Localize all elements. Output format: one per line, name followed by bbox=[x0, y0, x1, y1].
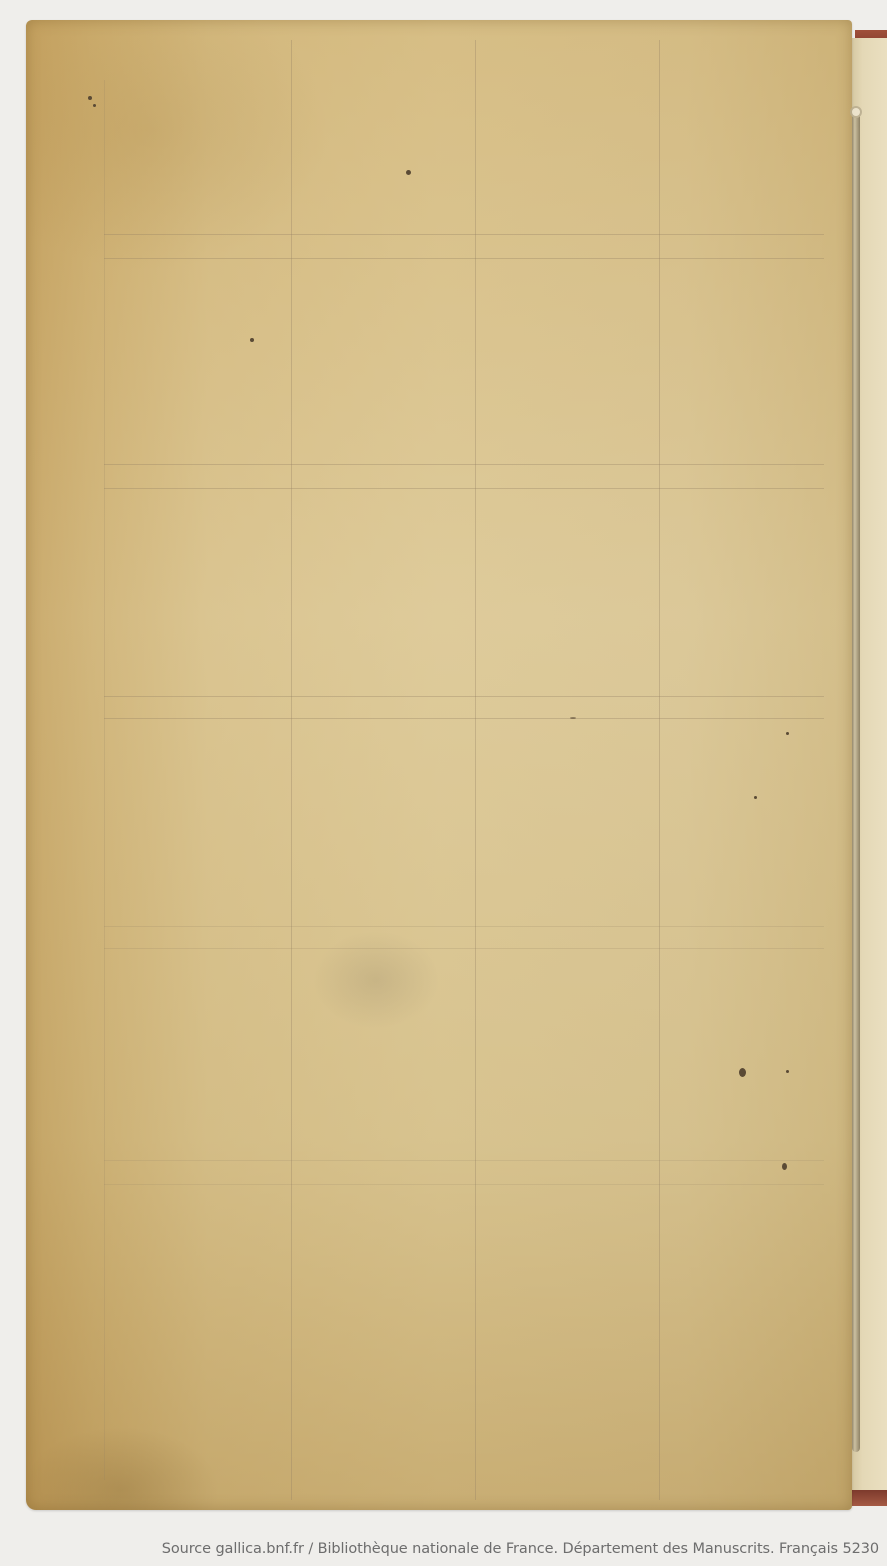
manuscript-page bbox=[26, 20, 852, 1510]
ruling-line-vertical bbox=[659, 40, 660, 1500]
ink-speck bbox=[250, 338, 254, 342]
source-caption: Source gallica.bnf.fr / Bibliothèque nat… bbox=[162, 1541, 879, 1557]
ink-speck bbox=[786, 1070, 789, 1073]
ink-speck bbox=[782, 1163, 787, 1170]
ruling-line-horizontal bbox=[104, 1184, 824, 1185]
ink-speck bbox=[754, 796, 757, 799]
ruling-line-horizontal bbox=[104, 258, 824, 259]
ink-speck bbox=[93, 104, 96, 107]
ruling-line-horizontal bbox=[104, 488, 824, 489]
ink-speck bbox=[570, 717, 576, 719]
scan-viewport: Source gallica.bnf.fr / Bibliothèque nat… bbox=[0, 0, 887, 1566]
ruling-line-vertical bbox=[291, 40, 292, 1500]
ink-speck bbox=[786, 732, 789, 735]
ruling-line-vertical bbox=[475, 40, 476, 1500]
ruling-line-horizontal bbox=[104, 718, 824, 719]
ruling-line-horizontal bbox=[104, 948, 824, 949]
ink-speck bbox=[88, 96, 92, 100]
ruling-line-horizontal bbox=[104, 464, 824, 465]
ruling-line-horizontal bbox=[104, 1160, 824, 1161]
ruling-line-vertical bbox=[104, 80, 105, 1480]
ink-speck bbox=[739, 1068, 746, 1077]
ruling-line-horizontal bbox=[104, 234, 824, 235]
ink-speck bbox=[406, 170, 411, 175]
binding-thread bbox=[852, 112, 860, 1452]
ruling-line-horizontal bbox=[104, 696, 824, 697]
ruling-line-horizontal bbox=[104, 926, 824, 927]
